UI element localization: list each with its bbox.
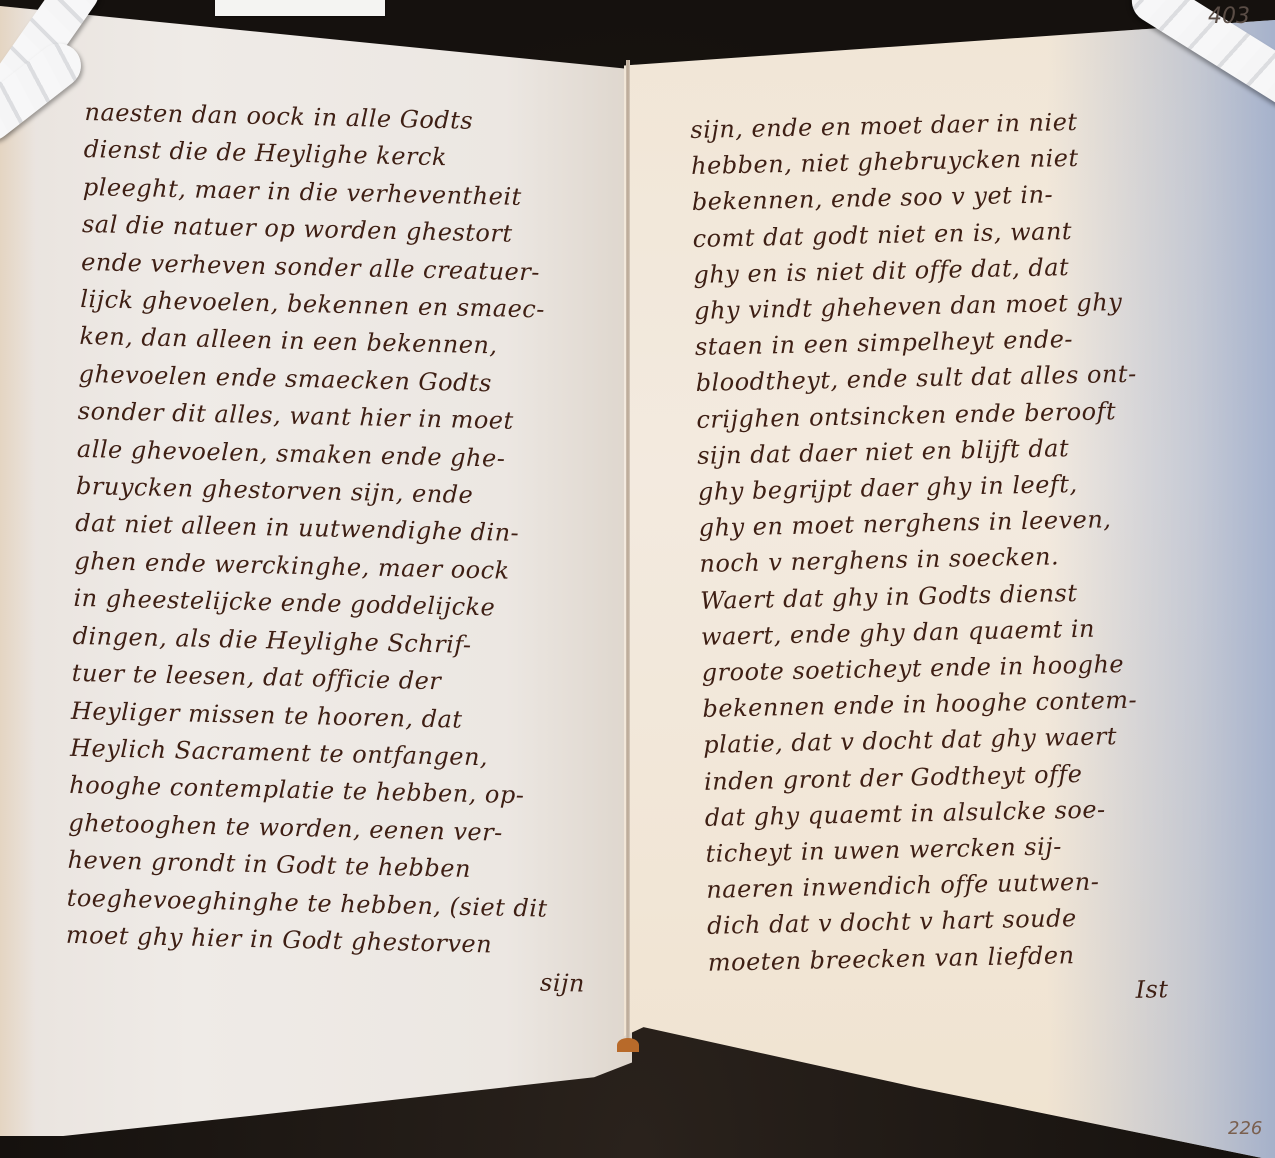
manuscript-spread: 403 226 naesten dan oock in alle Godts d… <box>0 0 1275 1158</box>
binding-thread <box>617 1038 639 1052</box>
right-page-text: sijn, ende en moet daer in niet hebben, … <box>690 102 1189 1017</box>
folio-number-bottom: 226 <box>1228 1118 1262 1139</box>
folio-number-top: 403 <box>1208 4 1250 29</box>
book-gutter <box>626 60 630 1050</box>
left-page-text: naesten dan oock in alle Godts dienst di… <box>65 94 625 1004</box>
